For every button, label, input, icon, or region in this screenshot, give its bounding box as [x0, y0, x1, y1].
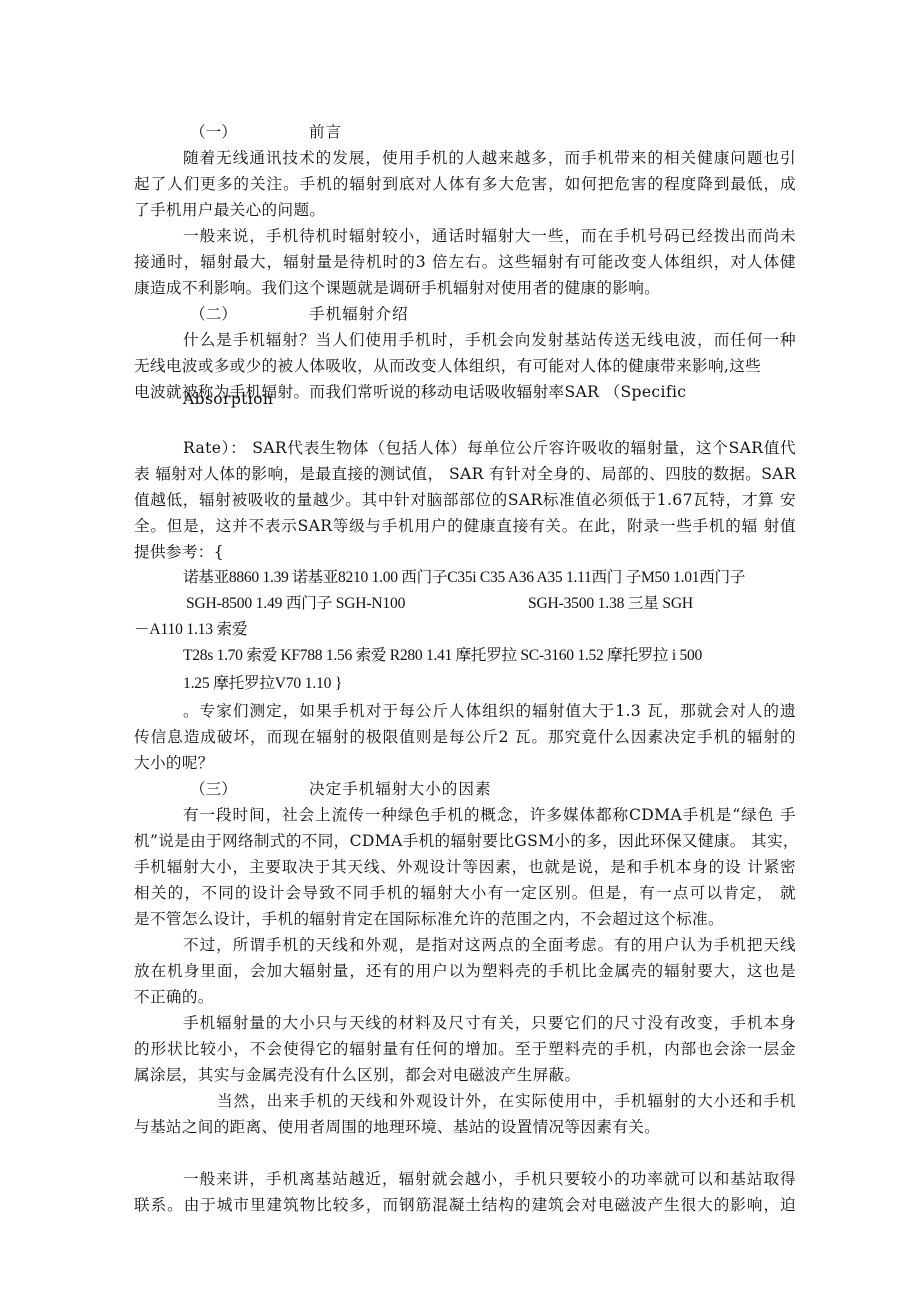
- paragraph-line: 什么是手机辐射？当人们使用手机时，手机会向发射基站传送无线电波，而任何一种: [183, 329, 796, 351]
- paragraph-line: 相关的，不同的设计会导致不同手机的辐射大小有一定区别。但是，有一点可以肯定， 就: [134, 882, 796, 904]
- paragraph-line: 属涂层，其实与金属壳没有什么区别，都会对电磁波产生屏蔽。: [134, 1064, 796, 1086]
- paragraph-line: 当然，出来手机的天线和外观设计外，在实际使用中，手机辐射的大小还和手机: [217, 1090, 796, 1112]
- paragraph-line: 放在机身里面，会加大辐射量，还有的用户以为塑料壳的手机比金属壳的辐射要大，这也是: [134, 960, 796, 982]
- paragraph-line: 与基站之间的距离、使用者周围的地理环境、基站的设置情况等因素有关。: [134, 1116, 796, 1138]
- section-1-number: （一）: [190, 121, 237, 143]
- paragraph-line: 随着无线通讯技术的发展，使用手机的人越来越多，而手机带来的相关健康问题也引: [183, 147, 796, 169]
- paragraph-line: 大小的呢？: [134, 752, 796, 774]
- paragraph-line: 。专家们测定，如果手机对于每公斤人体组织的辐射值大于1.3 瓦，那就会对人的遗: [183, 700, 796, 722]
- paragraph-line: 了手机用户最关心的问题。: [134, 199, 796, 221]
- section-2-number: （二）: [190, 303, 237, 325]
- paragraph-line: 机”说是由于网络制式的不同，CDMA手机的辐射要比GSM小的多，因此环保又健康。…: [134, 830, 796, 852]
- sar-list-line: SGH-8500 1.49 西门子 SGH-N100: [186, 593, 405, 615]
- section-2-title: 手机辐射介绍: [309, 303, 409, 325]
- paragraph-line: 起了人们更多的关注。手机的辐射到底对人体有多大危害，如何把危害的程度降到最低，成: [134, 173, 796, 195]
- paragraph-line: 值越低，辐射被吸收的量越少。其中针对脑部部位的SAR标准值必须低于1.67瓦特，…: [134, 489, 796, 511]
- section-3-number: （三）: [190, 778, 237, 800]
- paragraph-line: 不正确的。: [134, 986, 796, 1008]
- paragraph-line: Rate）： SAR代表生物体（包括人体）每单位公斤容许吸收的辐射量，这个SAR…: [183, 437, 796, 459]
- absorption-word: Absorption: [183, 388, 796, 410]
- sar-list-line: T28s 1.70 索爱 KF788 1.56 索爱 R280 1.41 摩托罗…: [183, 645, 796, 667]
- section-1-title: 前言: [309, 121, 342, 143]
- paragraph-line: 一般来说，手机待机时辐射较小，通话时辐射大一些，而在手机号码已经拨出而尚未: [183, 225, 796, 247]
- paragraph-line: 是不管怎么设计，手机的辐射肯定在国际标准允许的范围之内，不会超过这个标准。: [134, 908, 796, 930]
- paragraph-line: 手机辐射量的大小只与天线的材料及尺寸有关，只要它们的尺寸没有改变，手机本身: [183, 1012, 796, 1034]
- sar-list-line: 1.25 摩托罗拉V70 1.10 }: [183, 673, 796, 695]
- paragraph-line: 全。但是，这并不表示SAR等级与手机用户的健康直接有关。在此，附录一些手机的辐 …: [134, 515, 796, 537]
- document-page: （一） 前言 随着无线通讯技术的发展，使用手机的人越来越多，而手机带来的相关健康…: [0, 0, 920, 1302]
- paragraph-line: 一般来讲，手机离基站越近，辐射就会越小，手机只要较小的功率就可以和基站取得: [183, 1168, 796, 1190]
- paragraph-line: 表 辐射对人体的影响，是最直接的测试值， SAR 有针对全身的、局部的、四肢的数…: [134, 463, 796, 485]
- sar-list-line: 诺基亚8860 1.39 诺基亚8210 1.00 西门子C35i C35 A3…: [183, 567, 796, 589]
- section-3-title: 决定手机辐射大小的因素: [309, 778, 492, 800]
- paragraph-line: 接通时，辐射最大，辐射量是待机时的3 倍左右。这些辐射有可能改变人体组织，对人体…: [134, 251, 796, 273]
- paragraph-line: 传信息造成破坏，而现在辐射的极限值则是每公斤2 瓦。那究竟什么因素决定手机的辐射…: [134, 726, 796, 748]
- paragraph-line: 联系。由于城市里建筑物比较多，而钢筋混凝土结构的建筑会对电磁波产生很大的影响，迫: [134, 1194, 796, 1216]
- paragraph-line: 手机辐射大小，主要取决于其天线、外观设计等因素，也就是说，是和手机本身的设 计紧…: [134, 856, 796, 878]
- sar-list-line: SGH-3500 1.38 三星 SGH: [528, 593, 693, 615]
- paragraph-line: 康造成不利影响。我们这个课题就是调研手机辐射对使用者的健康的影响。: [134, 277, 796, 299]
- paragraph-line: 无线电波或多或少的被人体吸收，从而改变人体组织，有可能对人体的健康带来影响,这些: [134, 355, 744, 377]
- paragraph-line: 提供参考：{: [134, 541, 796, 563]
- paragraph-line: 不过，所谓手机的天线和外观，是指对这两点的全面考虑。有的用户认为手机把天线: [183, 934, 796, 956]
- sar-list-line: －A110 1.13 索爱: [134, 619, 796, 641]
- paragraph-line: 的形状比较小，不会使得它的辐射量有任何的增加。至于塑料壳的手机，内部也会涂一层金: [134, 1038, 796, 1060]
- paragraph-line: 有一段时间，社会上流传一种绿色手机的概念，许多媒体都称CDMA手机是“绿色 手: [183, 804, 796, 826]
